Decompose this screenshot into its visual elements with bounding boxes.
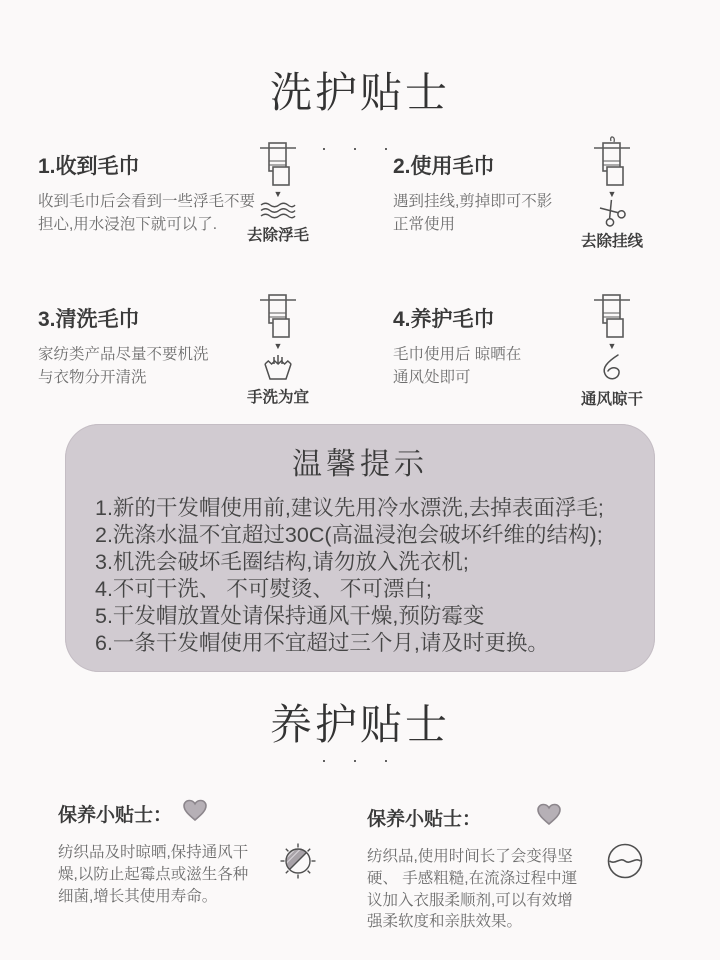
maintenance-text-line: 细菌,增长其使用寿命。: [58, 886, 298, 908]
towel-loose-thread-icon: [592, 134, 632, 188]
maintenance-text-line: 议加入衣服柔顺剂,可以有效增: [367, 890, 607, 912]
tips-item: 4.不可干洗、 不可熨烫、 不可漂白;: [95, 576, 655, 603]
maintenance-text-line: 燥,以防止起霉点或滋生各种: [58, 864, 298, 886]
wash-section-title: 洗护贴士: [0, 60, 720, 120]
icon-label: 去除浮毛: [247, 223, 309, 245]
hanging-towel-icon: [258, 292, 298, 340]
maintenance-tip-softener: 保养小贴士： 纺织品,使用时间长了会变得坚 硬、 手感粗糙,在流涤过程中運 议加…: [367, 804, 607, 933]
step-icon-column: ▼ 去除挂线: [572, 134, 652, 251]
tips-item: 3.机洗会破坏毛圈结构,请勿放入洗衣机;: [95, 549, 655, 576]
warm-tips-box: 温馨提示 1.新的干发帽使用前,建议先用冷水漂洗,去掉表面浮毛; 2.洗涤水温不…: [65, 424, 655, 672]
maintenance-body: 纺织品,使用时间长了会变得坚 硬、 手感粗糙,在流涤过程中運 议加入衣服柔顺剂,…: [367, 846, 607, 933]
maintenance-heading: 保养小贴士：: [58, 800, 298, 827]
maintenance-text-line: 强柔软度和亲肤效果。: [367, 911, 607, 933]
arrow-down-icon: ▼: [608, 341, 617, 351]
maintenance-heading: 保养小贴士：: [367, 804, 607, 831]
arrow-down-icon: ▼: [274, 341, 283, 351]
icon-label: 通风晾干: [581, 387, 643, 409]
care-section-title: 养护贴士: [0, 692, 720, 752]
arrow-down-icon: ▼: [274, 189, 283, 199]
maintenance-text-line: 纺织品及时晾晒,保持通风干: [58, 842, 298, 864]
maintenance-text-line: 硬、 手感粗糙,在流涤过程中運: [367, 868, 607, 890]
maintenance-tip-sunning: 保养小贴士： 纺织品及时晾晒,保持通风干 燥,以防止起霉点或滋生各种 细菌,增长…: [58, 800, 298, 907]
icon-label: 去除挂线: [581, 229, 643, 251]
tips-item: 5.干发帽放置处请保持通风干燥,预防霉变: [95, 603, 655, 630]
step-icon-column: ▼ 手洗为宜: [238, 292, 318, 407]
hanging-towel-icon: [258, 140, 298, 188]
warm-tips-list: 1.新的干发帽使用前,建议先用冷水漂洗,去掉表面浮毛; 2.洗涤水温不宜超过30…: [65, 495, 655, 657]
water-circle-icon: [605, 841, 645, 881]
tips-item: 1.新的干发帽使用前,建议先用冷水漂洗,去掉表面浮毛;: [95, 495, 655, 522]
step-icon-column: ▼ 去除浮毛: [238, 140, 318, 245]
heart-icon: [536, 803, 562, 827]
tips-item: 2.洗涤水温不宜超过30C(高温浸泡会破坏纤维的结构);: [95, 522, 655, 549]
step-icon-column: ▼ 通风晾干: [572, 292, 652, 409]
dots-divider: · · ·: [0, 750, 720, 771]
maintenance-text-line: 纺织品,使用时间长了会变得坚: [367, 846, 607, 868]
care-instructions-page: 洗护贴士 · · · 1.收到毛巾 收到毛巾后会看到一些浮毛不要 担心,用水浸泡…: [0, 0, 720, 960]
hanging-towel-icon: [592, 292, 632, 340]
sun-icon: [278, 840, 318, 882]
heart-icon: [182, 799, 208, 823]
maintenance-body: 纺织品及时晾晒,保持通风干 燥,以防止起霉点或滋生各种 细菌,增长其使用寿命。: [58, 842, 298, 907]
tips-item: 6.一条干发帽使用不宜超过三个月,请及时更换。: [95, 630, 655, 657]
hand-wash-basin-icon: [262, 353, 294, 381]
warm-tips-title: 温馨提示: [65, 439, 655, 483]
air-dry-loop-icon: [599, 353, 625, 383]
icon-label: 手洗为宜: [247, 385, 309, 407]
water-waves-icon: [260, 201, 296, 219]
scissors-icon: [595, 196, 628, 229]
